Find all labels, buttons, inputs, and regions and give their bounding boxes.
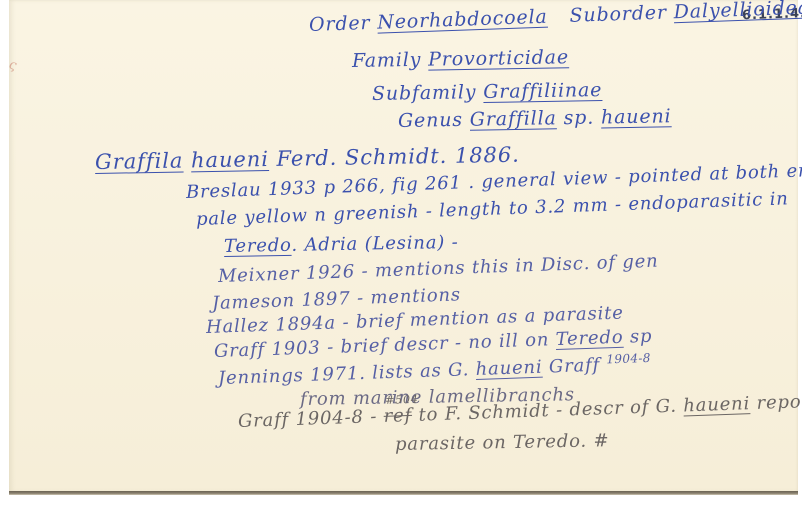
subfamily-label: Subfamily [372, 81, 484, 105]
graff1904-species: haueni [683, 393, 750, 416]
genus-label: Genus [398, 109, 470, 132]
ref-struck-word: ref [383, 405, 412, 427]
note-host: Teredo. Adria (Lesina) - [224, 232, 459, 257]
family-name: Provorticidae [428, 46, 569, 70]
ref-insertion: #504ref [383, 405, 412, 427]
genus-name: Graffilla [470, 107, 557, 131]
title-genus: Graffila [95, 148, 184, 174]
subfamily-line: Subfamily Graffiliinae [372, 79, 603, 105]
graff1904-post: reported [750, 390, 802, 414]
host-locality: . Adria (Lesina) - [291, 232, 458, 256]
species-name: haueni [601, 105, 672, 128]
sp-label: sp. [557, 106, 602, 129]
spacer [548, 22, 570, 23]
order-label: Order [309, 12, 378, 36]
graff1903-host: Teredo [555, 327, 623, 350]
jennings-years: 1904-8 [606, 351, 651, 367]
graff1903-post: sp [623, 326, 653, 348]
host-genus: Teredo [224, 235, 292, 257]
card-bottom-shadow [9, 491, 798, 495]
family-label: Family [352, 49, 429, 72]
title-authority: Ferd. Schmidt. 1886. [269, 143, 520, 171]
jennings-mid: Graff [542, 354, 607, 377]
subfamily-name: Graffiliinae [483, 79, 602, 103]
ref-number: #504 [385, 393, 419, 407]
jennings-species: haueni [475, 357, 542, 380]
suborder-label: Suborder [569, 1, 674, 27]
title-species: haueni [191, 147, 269, 172]
family-line: Family Provorticidae [352, 46, 569, 72]
note-parasite: parasite on Teredo. # [395, 430, 610, 455]
